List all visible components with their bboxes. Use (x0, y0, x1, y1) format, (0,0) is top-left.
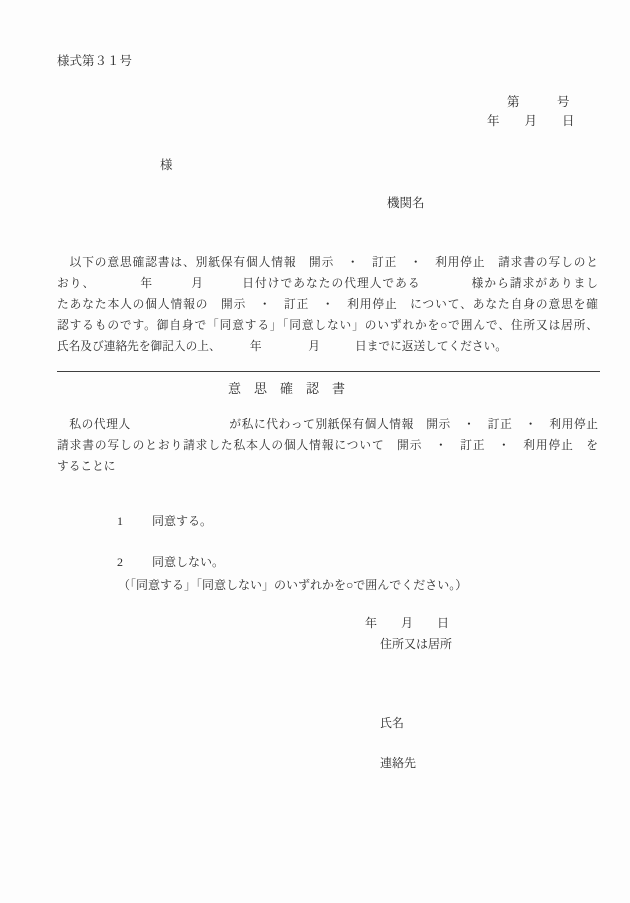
name-label: 氏名 (380, 716, 404, 731)
intro-line: たあなた本人の個人情報の 開示 ・ 訂正 ・ 利用停止 について、あなた自身の意… (57, 294, 598, 315)
circle-instruction-note: （「同意する」「同意しない」のいずれかを○で囲んでください。） (118, 578, 467, 593)
organization-label: 機関名 (387, 196, 425, 212)
choice-number: 1 (117, 514, 152, 529)
choice-number: 2 (117, 555, 152, 570)
choice-label: 同意しない。 (152, 555, 224, 569)
document-page: 様式第３１号 第 号 年 月 日 様 機関名 以下の意思確認書は、別紙保有個人情… (0, 0, 630, 903)
intro-line: 氏名及び連絡先を御記入の上、 年 月 日までに返送してください。 (57, 336, 598, 357)
document-title: 意 思 確 認 書 (228, 378, 345, 397)
signature-date-line: 年 月 日 (365, 616, 449, 631)
body-paragraph: 私の代理人 が私に代わって別紙保有個人情報 開示 ・ 訂正 ・ 利用停止 請求書… (57, 414, 598, 477)
intro-line: おり、 年 月 日付けであなたの代理人である 様から請求がありまし (57, 273, 598, 294)
body-line: 私の代理人 が私に代わって別紙保有個人情報 開示 ・ 訂正 ・ 利用停止 (57, 414, 598, 435)
body-line: 請求書の写しのとおり請求した私本人の個人情報について 開示 ・ 訂正 ・ 利用停… (57, 435, 598, 456)
address-label: 住所又は居所 (380, 637, 452, 652)
addressee-suffix: 様 (160, 158, 173, 174)
form-number: 様式第３１号 (57, 54, 132, 70)
doc-number-line: 第 号 (507, 95, 570, 111)
header-date-line: 年 月 日 (487, 114, 575, 130)
section-divider (57, 371, 600, 372)
intro-paragraph: 以下の意思確認書は、別紙保有個人情報 開示 ・ 訂正 ・ 利用停止 請求書の写し… (57, 252, 598, 357)
contact-label: 連絡先 (380, 756, 416, 771)
intro-line: 認するものです。御自身で「同意する」「同意しない」のいずれかを○で囲んで、住所又… (57, 315, 598, 336)
intro-line: 以下の意思確認書は、別紙保有個人情報 開示 ・ 訂正 ・ 利用停止 請求書の写し… (57, 252, 598, 273)
choice-agree: 1同意する。 (105, 499, 212, 544)
choice-label: 同意する。 (152, 514, 212, 528)
body-line: することに (57, 456, 598, 477)
